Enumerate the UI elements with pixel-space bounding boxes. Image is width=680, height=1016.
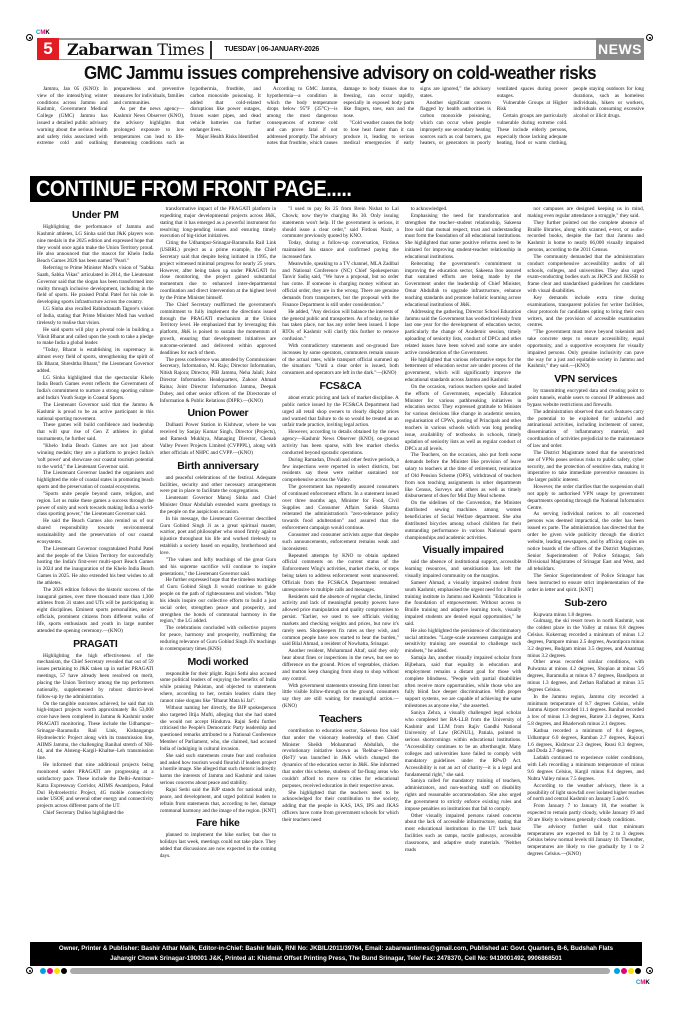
cmyk-mark-top: CMK (36, 30, 50, 36)
story-paragraph: The advisory further said that minimum t… (527, 824, 644, 858)
story-heading: Sub-zero (527, 597, 644, 609)
story-paragraph: During Ramadan, Diwali and other festive… (282, 457, 399, 484)
registration-mark-top-left (26, 34, 33, 41)
story-paragraph: LG Sinha highlighted that the spectacula… (37, 375, 154, 402)
color-registration-strip-left (40, 967, 67, 975)
story-paragraph: nor campuses are designed keeping us in … (527, 206, 644, 220)
story-heading: Union Power (160, 407, 277, 419)
section-tag: NEWS (596, 38, 644, 60)
registration-mark-top-right (646, 34, 653, 41)
story-paragraph: From January 7 to January 18, the weathe… (527, 803, 644, 824)
continued-stories-area: Under PMHighlighting the performance of … (37, 206, 644, 934)
story-paragraph: The Chief Secretary reaffirmed the gover… (160, 302, 277, 357)
story-paragraph: In the Jammu region, Jammu city recorded… (527, 694, 644, 728)
imprint-footer: Owner, Printer & Publisher: Bashir Athar… (30, 942, 642, 966)
story-paragraph: Lieutenant Governor Manoj Sinha and Chie… (160, 495, 277, 516)
cmyk-mark-bottom: CMK (636, 980, 650, 986)
story-paragraph: He informed that nine additional project… (37, 762, 154, 810)
cmyk-k: K (645, 980, 649, 986)
cmyk-k: K (45, 30, 49, 36)
story-paragraph: Meanwhile, speaking to a TV channel, MLA… (282, 261, 399, 309)
yellow-dot (628, 968, 634, 974)
gray-registration-bar (70, 968, 610, 974)
story-paragraph: He added, "Any decision will balance the… (282, 309, 399, 343)
imprint-line-2: Jahangir Chowk Srinagar-190001 J&K, Prin… (30, 954, 642, 964)
story-paragraph: Addressing the gathering, Director Schoo… (405, 309, 522, 357)
color-registration-strip-right (614, 967, 641, 975)
story-paragraph: to acknowledged. (405, 206, 522, 213)
story-paragraph: These games will build confidence and le… (37, 422, 154, 443)
story-paragraph: Dulhasti Power Station in Kishtwar, wher… (160, 422, 277, 456)
story-paragraph: "The values and lofty teachings of the g… (160, 557, 277, 578)
story-paragraph: She highlighted that the teachers need t… (282, 790, 399, 824)
lead-paragraph: Vulnerable Groups at Higher Risk (497, 100, 568, 114)
column-2: transformative impact of the PRAGATI pla… (160, 206, 277, 934)
column-3: "I used to pay Rs 25 from Brein Nishat t… (282, 206, 399, 934)
story-paragraph: The Lieutenant Governor lauded the organ… (37, 470, 154, 491)
paper-name-bold: Zabarwan (67, 40, 152, 59)
column-4: to acknowledged.Emphasising the need for… (405, 206, 522, 934)
paper-name-light: Times (157, 40, 204, 59)
story-paragraph: and peaceful celebrations of the festiva… (160, 475, 277, 496)
column-5: nor campuses are designed keeping us in … (527, 206, 644, 934)
story-paragraph: "The government must move beyond tokenis… (527, 329, 644, 370)
story-paragraph: responsible for their plight. Rajni Seth… (160, 671, 277, 705)
story-paragraph: Highlighting the performance of Jammu an… (37, 224, 154, 265)
story-paragraph: transformative impact of the PRAGATI pla… (160, 206, 277, 240)
magenta-dot (47, 968, 53, 974)
black-dot (61, 968, 67, 974)
black-dot (635, 968, 641, 974)
story-paragraph: He further expressed hope that the timel… (160, 577, 277, 625)
story-paragraph: by transmitting encrypted data and creat… (527, 388, 644, 409)
continue-banner-text: CONTINUE FROM FRONT PAGE..... (36, 176, 351, 202)
story-paragraph: The Teachers, on the occasion, also put … (405, 452, 522, 500)
story-paragraph: He also highlighted the persistence of d… (405, 628, 522, 655)
story-paragraph: The Senior Superintendent of Police Srin… (527, 573, 644, 594)
story-paragraph: He said sports will play a pivotal role … (37, 327, 154, 348)
story-paragraph: Today, during a follow-up conversation, … (282, 240, 399, 261)
story-paragraph: The celebrations concluded with collecti… (160, 625, 277, 652)
story-paragraph: The press conference was attended by Com… (160, 357, 277, 405)
cyan-dot (40, 968, 46, 974)
story-paragraph: Gulmarg, the ski resort town in north Ka… (527, 618, 644, 659)
story-paragraph: In his message, the Lieutenant Governor … (160, 516, 277, 557)
story-heading: Fare hike (160, 817, 277, 829)
story-paragraph: Residents said the absence of regular ch… (282, 594, 399, 649)
story-paragraph: However, the order clarifies that the su… (527, 484, 644, 511)
column-1: Under PMHighlighting the performance of … (37, 206, 154, 934)
story-paragraph: Another resident, Mohammad Altaf, said t… (282, 648, 399, 682)
story-paragraph: He said the Beach Games also remind us o… (37, 518, 154, 545)
story-paragraph: planned to implement the hike earlier, b… (160, 832, 277, 859)
story-paragraph: Repeated attempts by KNO to obtain updat… (282, 553, 399, 594)
story-paragraph: Other areas recorded similar conditions,… (527, 659, 644, 693)
story-paragraph: The government has repeatedly assured co… (282, 484, 399, 532)
story-paragraph: Without naming her directly, the BJP spo… (160, 705, 277, 753)
story-paragraph: With contradictory statements and on-gro… (282, 343, 399, 377)
dateline: TUESDAY | 06-JANUARY-2026 (212, 46, 596, 53)
story-paragraph: Key demands include extra time during ex… (527, 295, 644, 329)
story-paragraph: Kupwara minus 1.8 degrees. (527, 612, 644, 619)
story-heading: FCS&CA (282, 380, 399, 392)
lead-headline: GMC Jammu issues comprehensive advisory … (55, 62, 625, 84)
cyan-dot (614, 968, 620, 974)
story-paragraph: about erratic pricing and lack of market… (282, 395, 399, 429)
story-paragraph: Reiterating the government's commitment … (405, 261, 522, 309)
story-paragraph: The administration observed that such fe… (527, 409, 644, 450)
story-paragraph: "Today, Bharat is establishing its supre… (37, 347, 154, 374)
story-heading: Birth anniversary (160, 460, 277, 472)
paper-name: Zabarwan Times (59, 41, 212, 59)
magenta-dot (621, 968, 627, 974)
story-heading: VPN services (527, 373, 644, 385)
story-paragraph: The District Magistrate noted that the u… (527, 450, 644, 484)
story-paragraph: LG Sinha also recalled Rabindranath Tago… (37, 306, 154, 327)
story-paragraph: Chief Secretary Dulloo highlighted the (37, 810, 154, 817)
registration-mark-bottom-right (646, 967, 653, 974)
story-paragraph: On the occasion, various teachers spoke … (405, 384, 522, 452)
story-paragraph: Highlighting the high effectiveness of t… (37, 653, 154, 701)
story-paragraph: contribution to education sector, Sakeen… (282, 728, 399, 790)
story-paragraph: On the sidelines of the Convention, the … (405, 500, 522, 541)
page-number: 5 (37, 38, 59, 60)
story-paragraph: Kathua recorded a minimum of 8.4 degrees… (527, 728, 644, 755)
story-heading: PRAGATI (37, 638, 154, 650)
story-paragraph: With government statements stressing fir… (282, 683, 399, 710)
story-heading: Modi worked (160, 656, 277, 668)
story-paragraph: said the absence of institutional suppor… (405, 559, 522, 580)
story-paragraph: The Lieutenant Governor congratulated Pr… (37, 546, 154, 587)
story-paragraph: Rajni Sethi said the BJP stands for nati… (160, 787, 277, 814)
masthead: 5 Zabarwan Times TUESDAY | 06-JANUARY-20… (37, 38, 644, 60)
story-paragraph: Referring to Prime Minister Modi's visio… (37, 265, 154, 306)
story-paragraph: "I used to pay Rs 25 from Brein Nishat t… (282, 206, 399, 240)
story-heading: Teachers (282, 713, 399, 725)
story-paragraph: He highlighted that various reformative … (405, 357, 522, 384)
yellow-dot (54, 968, 60, 974)
story-paragraph: Emphasising the need for transformation … (405, 213, 522, 261)
story-paragraph: They further pointed out the complete ab… (527, 220, 644, 254)
story-paragraph: Sameer Ahmad, a visually impaired studen… (405, 580, 522, 628)
imprint-line-1: Owner, Printer & Publisher: Bashir Athar… (30, 944, 642, 954)
story-paragraph: Other visually impaired persons raised c… (405, 813, 522, 854)
continue-from-front-page-banner: CONTINUE FROM FRONT PAGE..... (30, 176, 642, 202)
story-paragraph: The community demanded that the administ… (527, 254, 644, 295)
story-paragraph: Samaja Jan, another visually impaired sc… (405, 655, 522, 710)
story-paragraph: The 2026 edition follows the historic su… (37, 587, 154, 635)
lead-story-body: Jammu, Jan 05 (KNO): In view of the inte… (37, 86, 644, 176)
story-paragraph: She said such statements create fear and… (160, 753, 277, 787)
story-paragraph: Saniya Zehra, a visually challenged lega… (405, 710, 522, 778)
story-paragraph: According to the weather advisory, there… (527, 783, 644, 804)
story-paragraph: However, according to details obtained b… (282, 429, 399, 456)
registration-mark-bottom-left (26, 967, 33, 974)
story-heading: Visually impaired (405, 544, 522, 556)
story-heading: Under PM (37, 209, 154, 221)
story-paragraph: Ladakh continued to experience colder co… (527, 755, 644, 782)
story-paragraph: On the tangible outcomes achieved, he sa… (37, 701, 154, 763)
story-paragraph: Consumer and consumer activists argue th… (282, 532, 399, 553)
story-paragraph: As serving individual notices to all con… (527, 511, 644, 573)
story-paragraph: Citing the Udhampur-Srinagar-Baramulla R… (160, 240, 277, 302)
story-paragraph: The Lieutenant Governor said that the Ja… (37, 402, 154, 423)
story-paragraph: Saniya called for mandatory training of … (405, 778, 522, 812)
lead-paragraph: Major Health Risks Identified (190, 134, 261, 141)
story-paragraph: "Sports unite people beyond caste, relig… (37, 491, 154, 518)
story-paragraph: "Khelo India Beach Games are not just ab… (37, 443, 154, 470)
